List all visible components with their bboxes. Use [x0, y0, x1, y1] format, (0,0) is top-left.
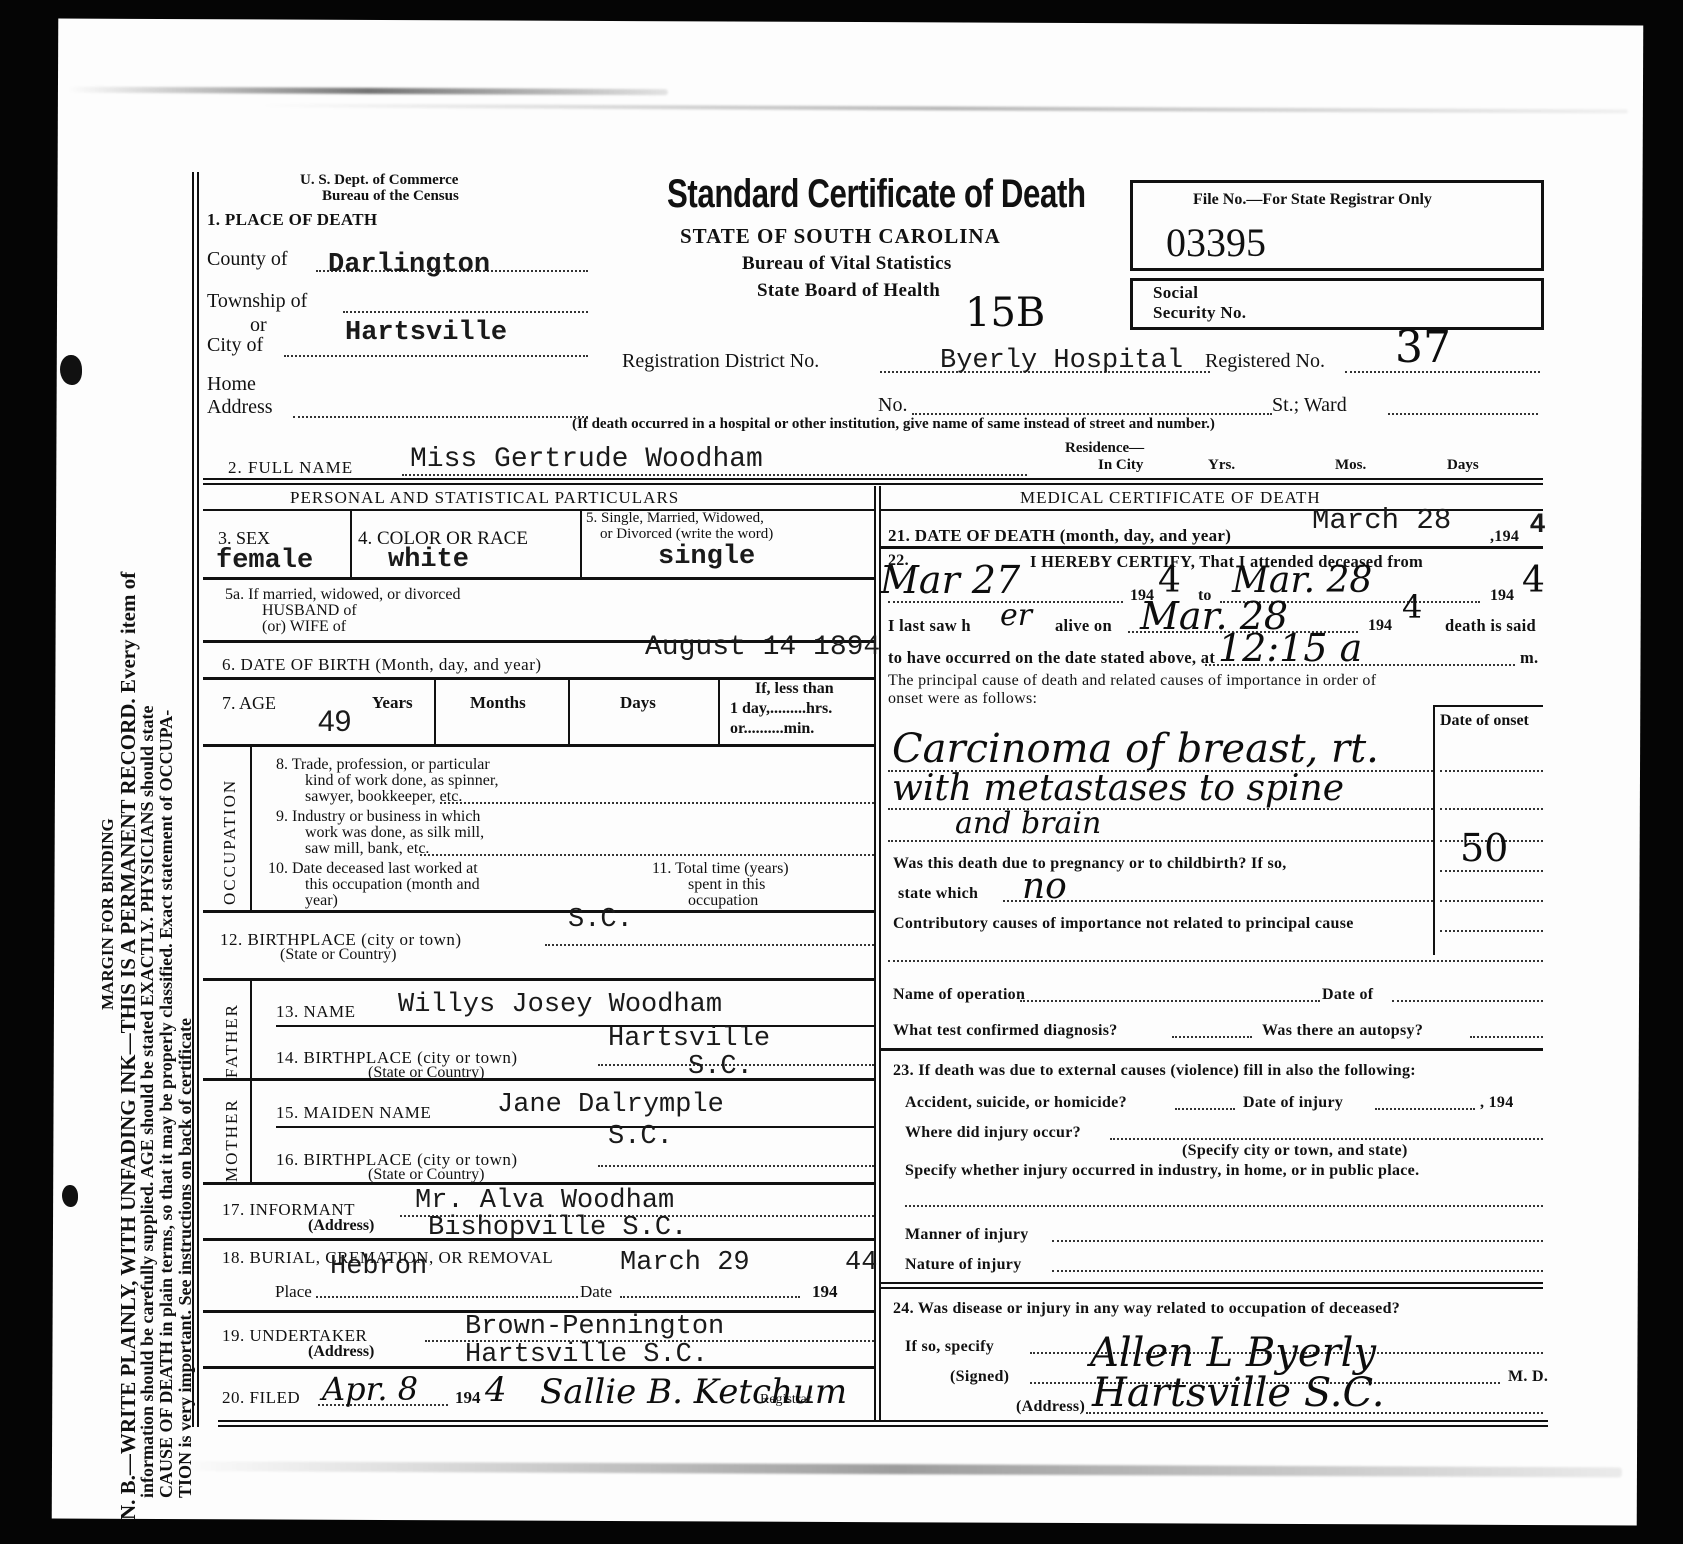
last-saw-label: I last saw h	[888, 616, 971, 636]
dept-label: U. S. Dept. of Commerce	[300, 172, 458, 189]
burial-date-label: Date	[580, 1282, 612, 1302]
accident-label: Accident, suicide, or homicide?	[905, 1094, 1127, 1112]
cause-line-3: and brain	[955, 806, 1101, 841]
file-number-box: File No.—For State Registrar Only 03395	[1130, 180, 1544, 271]
race-value: white	[388, 545, 469, 575]
vital-statistics-label: Bureau of Vital Statistics	[742, 253, 952, 275]
certificate-title: Standard Certificate of Death	[667, 172, 1086, 217]
registered-number-label: Registered No.	[1205, 350, 1325, 373]
township-label: Township of	[207, 290, 307, 313]
file-number-label: File No.—For State Registrar Only	[1193, 191, 1432, 209]
father-name-value: Willys Josey Woodham	[398, 990, 722, 1020]
filed-date: Apr. 8	[322, 1370, 418, 1408]
residence-yrs-label: Yrs.	[1208, 457, 1235, 474]
place-of-death-section: 1. PLACE OF DEATH	[207, 210, 377, 230]
pregnancy-value: no	[1022, 866, 1067, 907]
form-bottom-border	[218, 1420, 1548, 1427]
divider	[203, 744, 874, 747]
name-divider	[203, 478, 1543, 485]
cause-line-2: with metastases to spine	[892, 768, 1344, 809]
death-is-said-label: death is said	[1445, 616, 1536, 636]
filed-label: 20. FILED	[222, 1388, 300, 1408]
autopsy-line	[1470, 1036, 1543, 1038]
residence-days-label: Days	[1447, 457, 1479, 474]
filed-year-prefix: 194	[455, 1388, 481, 1408]
residence-label: Residence—	[1065, 440, 1144, 457]
residence-mos-label: Mos.	[1335, 457, 1366, 474]
occupation-related-label: 24. Was disease or injury in any way rel…	[893, 1300, 1400, 1318]
state-which-label: state which	[898, 885, 978, 903]
divider	[203, 978, 874, 981]
margin-binding-label: MARGIN FOR BINDING	[98, 818, 118, 1010]
divider	[250, 1080, 252, 1182]
time-of-death: 12:15 a	[1218, 626, 1362, 670]
occ10-line3: year)	[305, 892, 338, 910]
medical-section-header: MEDICAL CERTIFICATE OF DEATH	[1020, 488, 1321, 508]
city-value: Hartsville	[345, 318, 507, 348]
state-name: STATE OF SOUTH CAROLINA	[680, 224, 1001, 249]
scan-streak	[68, 87, 668, 96]
operation-date-label: Date of	[1322, 986, 1373, 1004]
less-than-label-3: or..........min.	[730, 720, 814, 738]
operation-label: Name of operation	[893, 986, 1025, 1004]
dod-year-prefix: ,194	[1490, 528, 1519, 546]
divider	[276, 1126, 874, 1128]
accident-line	[1175, 1108, 1235, 1110]
m-label: m.	[1520, 648, 1538, 668]
divider	[350, 511, 352, 577]
alive-on-label: alive on	[1055, 616, 1112, 636]
occurred-label: to have occurred on the date stated abov…	[888, 648, 1215, 668]
street-number-line	[912, 413, 1272, 415]
undertaker-name: Brown-Pennington	[465, 1312, 724, 1342]
contributory-line	[888, 960, 1543, 962]
mother-side-label: MOTHER	[222, 1098, 242, 1182]
physician-address-label: (Address)	[1016, 1398, 1085, 1416]
dod-label: 21. DATE OF DEATH (month, day, and year)	[888, 526, 1231, 546]
nature-line	[1052, 1270, 1543, 1272]
last-saw-year-prefix: 194	[1368, 617, 1392, 635]
ssn-box: Social Security No.	[1130, 278, 1544, 330]
where-injury-label: Where did injury occur?	[905, 1124, 1081, 1142]
full-name-label: 2. FULL NAME	[228, 458, 353, 478]
divider	[203, 577, 874, 580]
divider	[580, 511, 582, 577]
where-injury-sub: (Specify city or town, and state)	[1182, 1142, 1408, 1160]
divider	[203, 1182, 874, 1185]
cause-intro-2: onset were as follows:	[888, 690, 1037, 708]
birthplace-sub-label: (State or Country)	[280, 946, 396, 964]
full-name-value: Miss Gertrude Woodham	[410, 444, 763, 475]
divider	[1433, 705, 1543, 707]
external-causes-label: 23. If death was due to external causes …	[893, 1062, 1416, 1080]
registrar-label: Registrar.	[760, 1392, 814, 1408]
divider	[203, 1078, 874, 1081]
to-year: 4	[1522, 560, 1545, 601]
pregnancy-label: Was this death due to pregnancy or to ch…	[893, 855, 1287, 873]
spouse-label-3: (or) WIFE of	[262, 618, 346, 636]
dod-value: March 28	[1312, 504, 1451, 537]
dob-value: August 14 1894	[645, 632, 880, 663]
onset-line-5	[1440, 900, 1543, 902]
registered-number-value: 37	[1395, 322, 1451, 373]
father-side-label: FATHER	[222, 1003, 242, 1078]
test-line	[1172, 1036, 1252, 1038]
street-number-label: No.	[878, 394, 907, 417]
injury-date-line	[1375, 1108, 1475, 1110]
state-board-label: State Board of Health	[757, 280, 940, 302]
occ8-line3: sawyer, bookkeeper, etc.	[305, 788, 462, 806]
nature-label: Nature of injury	[905, 1256, 1022, 1274]
binding-hole	[62, 1185, 78, 1207]
manner-line	[1052, 1240, 1543, 1242]
age-years-label: Years	[372, 693, 413, 713]
age-days-label: Days	[620, 693, 656, 713]
undertaker-address-label: (Address)	[308, 1343, 374, 1361]
cause-intro-1: The principal cause of death and related…	[888, 672, 1376, 690]
marital-value: single	[658, 542, 755, 572]
binding-hole	[60, 355, 82, 385]
mother-birthplace-state: S.C.	[608, 1122, 673, 1152]
to-year-prefix: 194	[1490, 587, 1514, 605]
divider	[203, 910, 874, 913]
birthplace-value: S.C.	[568, 905, 633, 935]
test-confirmed-label: What test confirmed diagnosis?	[893, 1022, 1118, 1040]
hospital-note: (If death occurred in a hospital or othe…	[572, 416, 1215, 433]
age-months-label: Months	[470, 693, 526, 713]
occupation-side-label: OCCUPATION	[220, 779, 240, 905]
divider	[203, 1238, 874, 1241]
divider	[718, 679, 720, 744]
burial-year-prefix: 194	[812, 1282, 838, 1302]
ward-line	[1388, 413, 1538, 415]
divider	[880, 1048, 1543, 1051]
ssn-label-1: Social	[1153, 283, 1198, 303]
dob-label: 6. DATE OF BIRTH (Month, day, and year)	[222, 655, 542, 675]
signed-label: (Signed)	[950, 1368, 1009, 1386]
column-divider	[874, 486, 881, 1420]
father-birthplace-city: Hartsville	[608, 1024, 770, 1054]
scan-streak	[172, 1461, 1622, 1477]
bureau-census-label: Bureau of the Census	[322, 188, 459, 205]
registration-district-label: Registration District No.	[622, 350, 819, 373]
state-which-line	[1003, 900, 1433, 902]
onset-line-2	[1440, 808, 1543, 810]
age-label: 7. AGE	[222, 693, 276, 714]
burial-date-line	[620, 1296, 800, 1298]
injury-year-prefix: , 194	[1480, 1094, 1514, 1112]
occ8-line	[440, 802, 874, 804]
burial-place-label: Place	[275, 1282, 312, 1302]
autopsy-label: Was there an autopsy?	[1262, 1022, 1423, 1040]
city-label: City of	[207, 334, 263, 357]
divider	[250, 746, 252, 910]
personal-section-header: PERSONAL AND STATISTICAL PARTICULARS	[290, 488, 679, 508]
mother-maiden-name-label: 15. MAIDEN NAME	[276, 1103, 431, 1123]
filed-year: 4	[485, 1370, 507, 1410]
informant-address-label: (Address)	[308, 1217, 374, 1235]
divider	[880, 1282, 1543, 1289]
file-number-value: 03395	[1166, 219, 1266, 266]
ssn-label-2: Security No.	[1153, 303, 1246, 323]
onset-line-6	[1440, 930, 1543, 932]
manner-label: Manner of injury	[905, 1226, 1029, 1244]
specify-injury-label: Specify whether injury occurred in indus…	[905, 1162, 1419, 1180]
less-than-label-2: 1 day,.........hrs.	[730, 700, 832, 718]
occ11-line3: occupation	[688, 892, 758, 910]
burial-year-value: 44	[845, 1248, 877, 1278]
address-line	[293, 416, 588, 418]
contributory-label: Contributory causes of importance not re…	[893, 915, 1354, 933]
mother-maiden-name-value: Jane Dalrymple	[497, 1090, 724, 1120]
marital-label-1: 5. Single, Married, Widowed,	[586, 510, 764, 527]
divider	[203, 1366, 874, 1369]
burial-place-value: Hebron	[330, 1252, 427, 1282]
onset-line-1	[1440, 770, 1543, 772]
margin-instructions-3: CAUSE OF DEATH in plain terms, so that i…	[156, 710, 177, 1498]
registration-district-value: Byerly Hospital	[940, 346, 1183, 376]
father-name-label: 13. NAME	[276, 1002, 356, 1022]
date-of-onset-value: 50	[1460, 826, 1508, 870]
divider	[276, 1025, 874, 1027]
sex-value: female	[216, 546, 313, 576]
operation-line	[1020, 1000, 1320, 1002]
last-saw-pronoun: er	[1000, 598, 1032, 633]
mother-birthplace-line	[598, 1165, 874, 1167]
divider	[203, 509, 874, 511]
dod-year: 4	[1530, 508, 1545, 539]
if-so-specify-label: If so, specify	[905, 1338, 994, 1356]
township-line	[343, 311, 588, 313]
birthplace-line	[545, 944, 874, 946]
informant-name: Mr. Alva Woodham	[415, 1186, 674, 1216]
address-label: Address	[207, 396, 273, 419]
occ9-line	[420, 854, 874, 856]
residence-in-city-label: In City	[1098, 457, 1143, 474]
onset-line-4	[1440, 870, 1543, 872]
district-number-handwritten: 15B	[965, 290, 1045, 336]
where-injury-line	[1110, 1138, 1543, 1140]
injury-date-label: Date of injury	[1243, 1094, 1343, 1112]
last-saw-year: 4	[1402, 588, 1422, 626]
divider	[250, 980, 252, 1078]
burial-place-line	[316, 1296, 578, 1298]
occ9-line3: saw mill, bank, etc.	[305, 840, 429, 858]
county-value: Darlington	[328, 250, 490, 280]
cause-line-3-rule	[888, 840, 1433, 842]
county-label: County of	[207, 248, 288, 271]
cause-line-1: Carcinoma of breast, rt.	[892, 726, 1379, 772]
age-years-value: 49	[318, 705, 351, 739]
city-line	[284, 355, 588, 357]
scan-streak	[258, 103, 1628, 113]
home-label: Home	[207, 373, 256, 396]
margin-instructions-2: information should be carefully supplied…	[137, 705, 158, 1498]
street-ward-label: St.; Ward	[1272, 394, 1347, 417]
marital-label-2: or Divorced (write the word)	[600, 526, 773, 543]
md-label: M. D.	[1508, 1368, 1548, 1386]
less-than-label-1: If, less than	[755, 680, 834, 698]
divider	[1433, 705, 1435, 955]
divider	[880, 546, 1543, 549]
form-left-border	[192, 172, 199, 1427]
attended-from-date: Mar 27	[880, 558, 1020, 602]
divider	[434, 679, 436, 744]
specify-injury-line	[905, 1205, 1543, 1207]
date-of-onset-label: Date of onset	[1440, 712, 1529, 730]
physician-address: Hartsville S.C.	[1092, 1370, 1384, 1416]
divider	[568, 679, 570, 744]
operation-date-line	[1392, 1000, 1543, 1002]
burial-date-value: March 29	[620, 1248, 750, 1278]
